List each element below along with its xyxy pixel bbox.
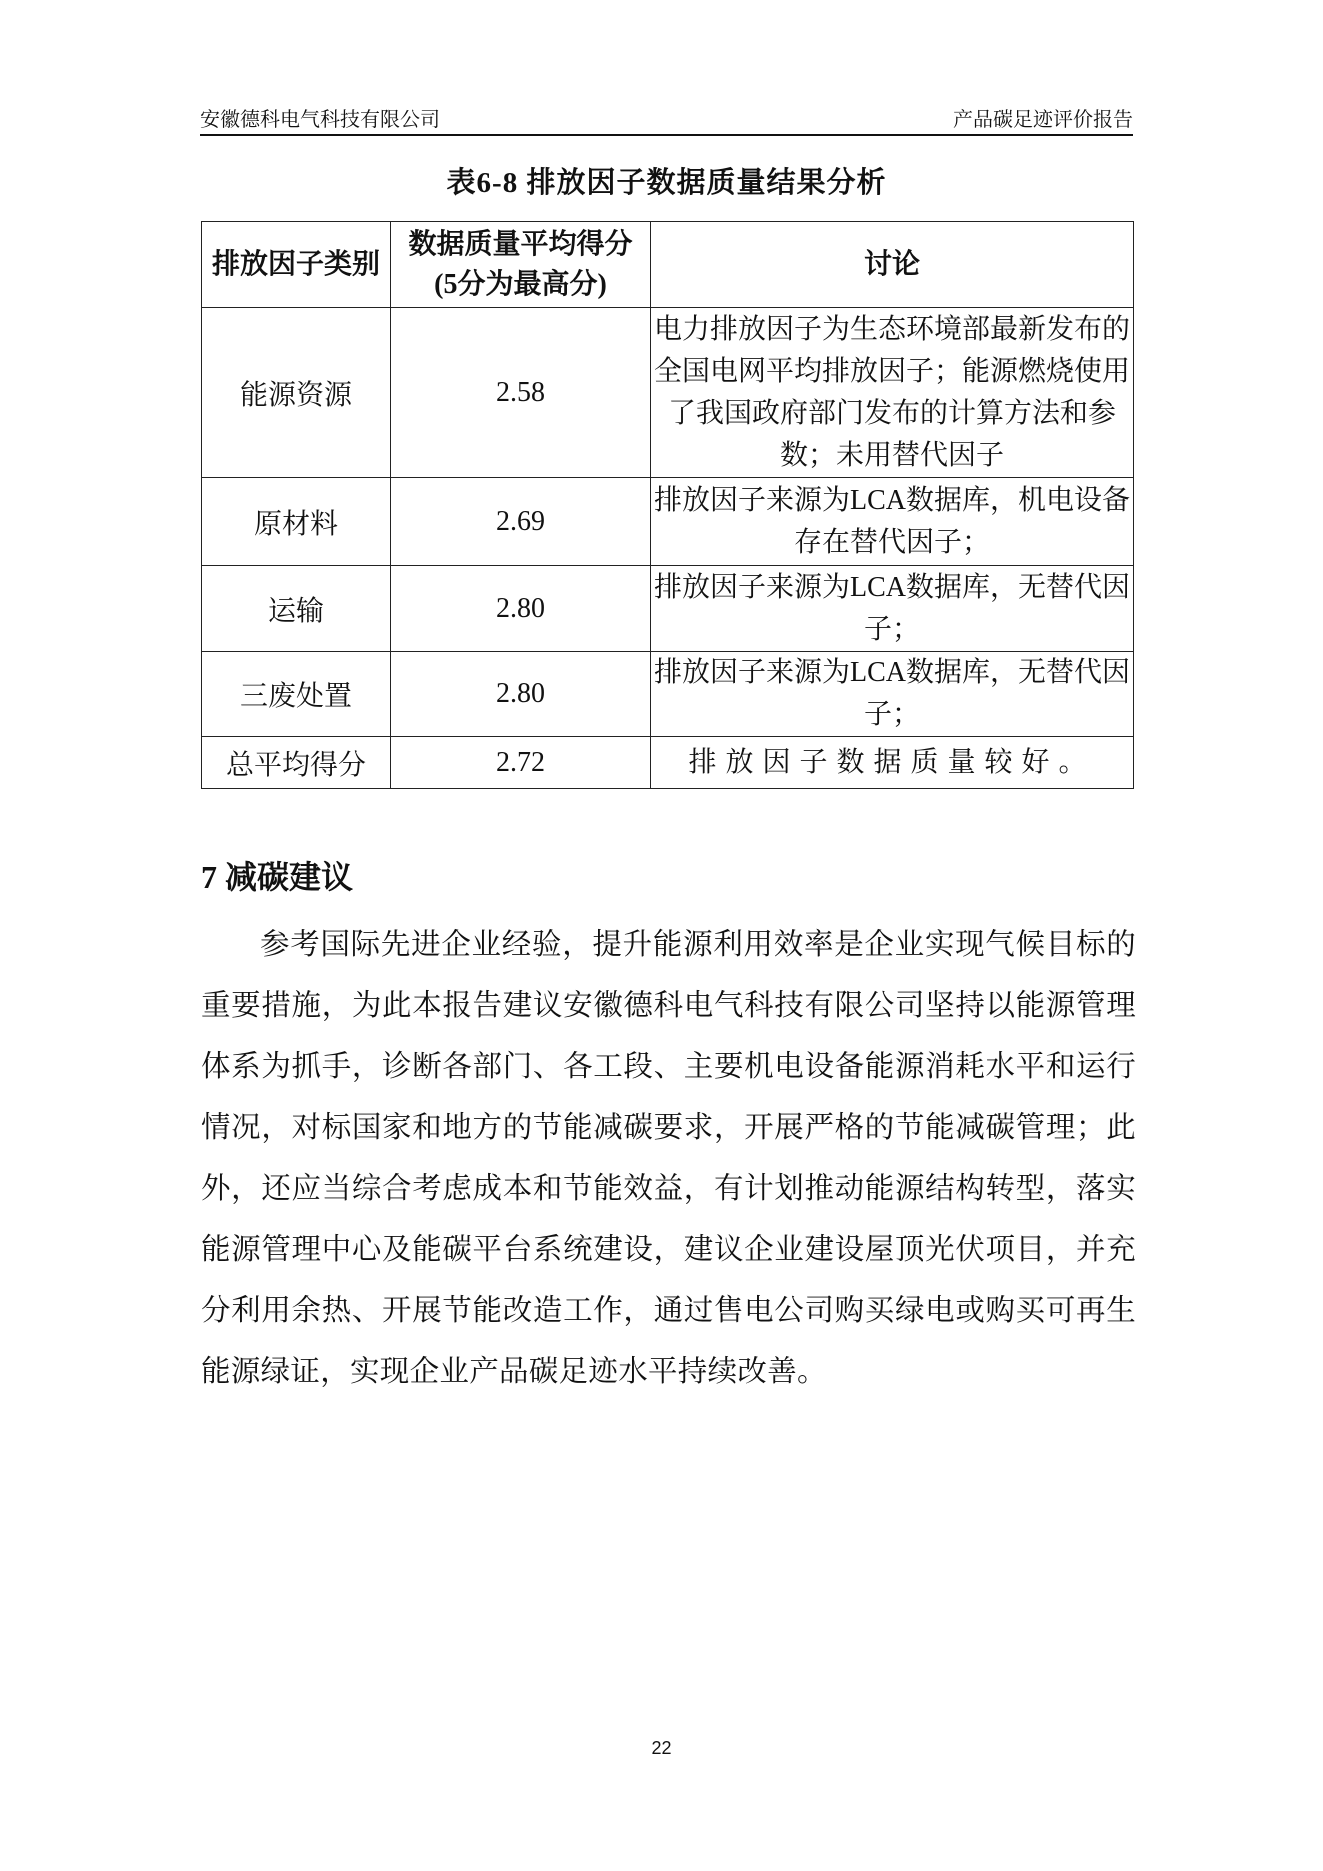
section-title: 7 减碳建议: [201, 852, 353, 898]
header-company: 安徽德科电气科技有限公司: [200, 103, 440, 132]
column-header-score-line2: (5分为最高分): [391, 265, 650, 305]
header-report-title: 产品碳足迹评价报告: [953, 103, 1133, 132]
cell-discussion: 排放因子来源为LCA数据库，机电设备存在替代因子；: [651, 478, 1134, 566]
cell-score: 2.69: [391, 478, 651, 566]
cell-score: 2.58: [391, 308, 651, 478]
cell-discussion: 排放因子来源为LCA数据库，无替代因子；: [651, 652, 1134, 737]
table-row: 能源资源 2.58 电力排放因子为生态环境部最新发布的全国电网平均排放因子；能源…: [202, 308, 1134, 478]
cell-category: 能源资源: [202, 308, 391, 478]
table-row-total: 总平均得分 2.72 排放因子数据质量较好。: [202, 737, 1134, 789]
table-row: 运输 2.80 排放因子来源为LCA数据库，无替代因子；: [202, 566, 1134, 652]
cell-category: 三废处置: [202, 652, 391, 737]
cell-category: 总平均得分: [202, 737, 391, 789]
column-header-score-line1: 数据质量平均得分: [391, 225, 650, 265]
cell-discussion: 排放因子数据质量较好。: [651, 737, 1134, 789]
table-row: 原材料 2.69 排放因子来源为LCA数据库，机电设备存在替代因子；: [202, 478, 1134, 566]
table-caption: 表6-8 排放因子数据质量结果分析: [200, 160, 1133, 201]
column-header-category: 排放因子类别: [202, 222, 391, 308]
cell-discussion: 电力排放因子为生态环境部最新发布的全国电网平均排放因子；能源燃烧使用了我国政府部…: [651, 308, 1134, 478]
cell-score: 2.80: [391, 566, 651, 652]
body-paragraph: 参考国际先进企业经验，提升能源利用效率是企业实现气候目标的重要措施，为此本报告建…: [201, 915, 1136, 1403]
column-header-score: 数据质量平均得分 (5分为最高分): [391, 222, 651, 308]
cell-category: 原材料: [202, 478, 391, 566]
column-header-discussion: 讨论: [651, 222, 1134, 308]
cell-category: 运输: [202, 566, 391, 652]
cell-discussion: 排放因子来源为LCA数据库，无替代因子；: [651, 566, 1134, 652]
page-header: 安徽德科电气科技有限公司 产品碳足迹评价报告: [200, 104, 1133, 136]
cell-score: 2.80: [391, 652, 651, 737]
cell-score: 2.72: [391, 737, 651, 789]
page-number: 22: [0, 1738, 1323, 1759]
emission-factor-quality-table: 排放因子类别 数据质量平均得分 (5分为最高分) 讨论 能源资源 2.58 电力…: [201, 221, 1134, 789]
table-header-row: 排放因子类别 数据质量平均得分 (5分为最高分) 讨论: [202, 222, 1134, 308]
table-row: 三废处置 2.80 排放因子来源为LCA数据库，无替代因子；: [202, 652, 1134, 737]
